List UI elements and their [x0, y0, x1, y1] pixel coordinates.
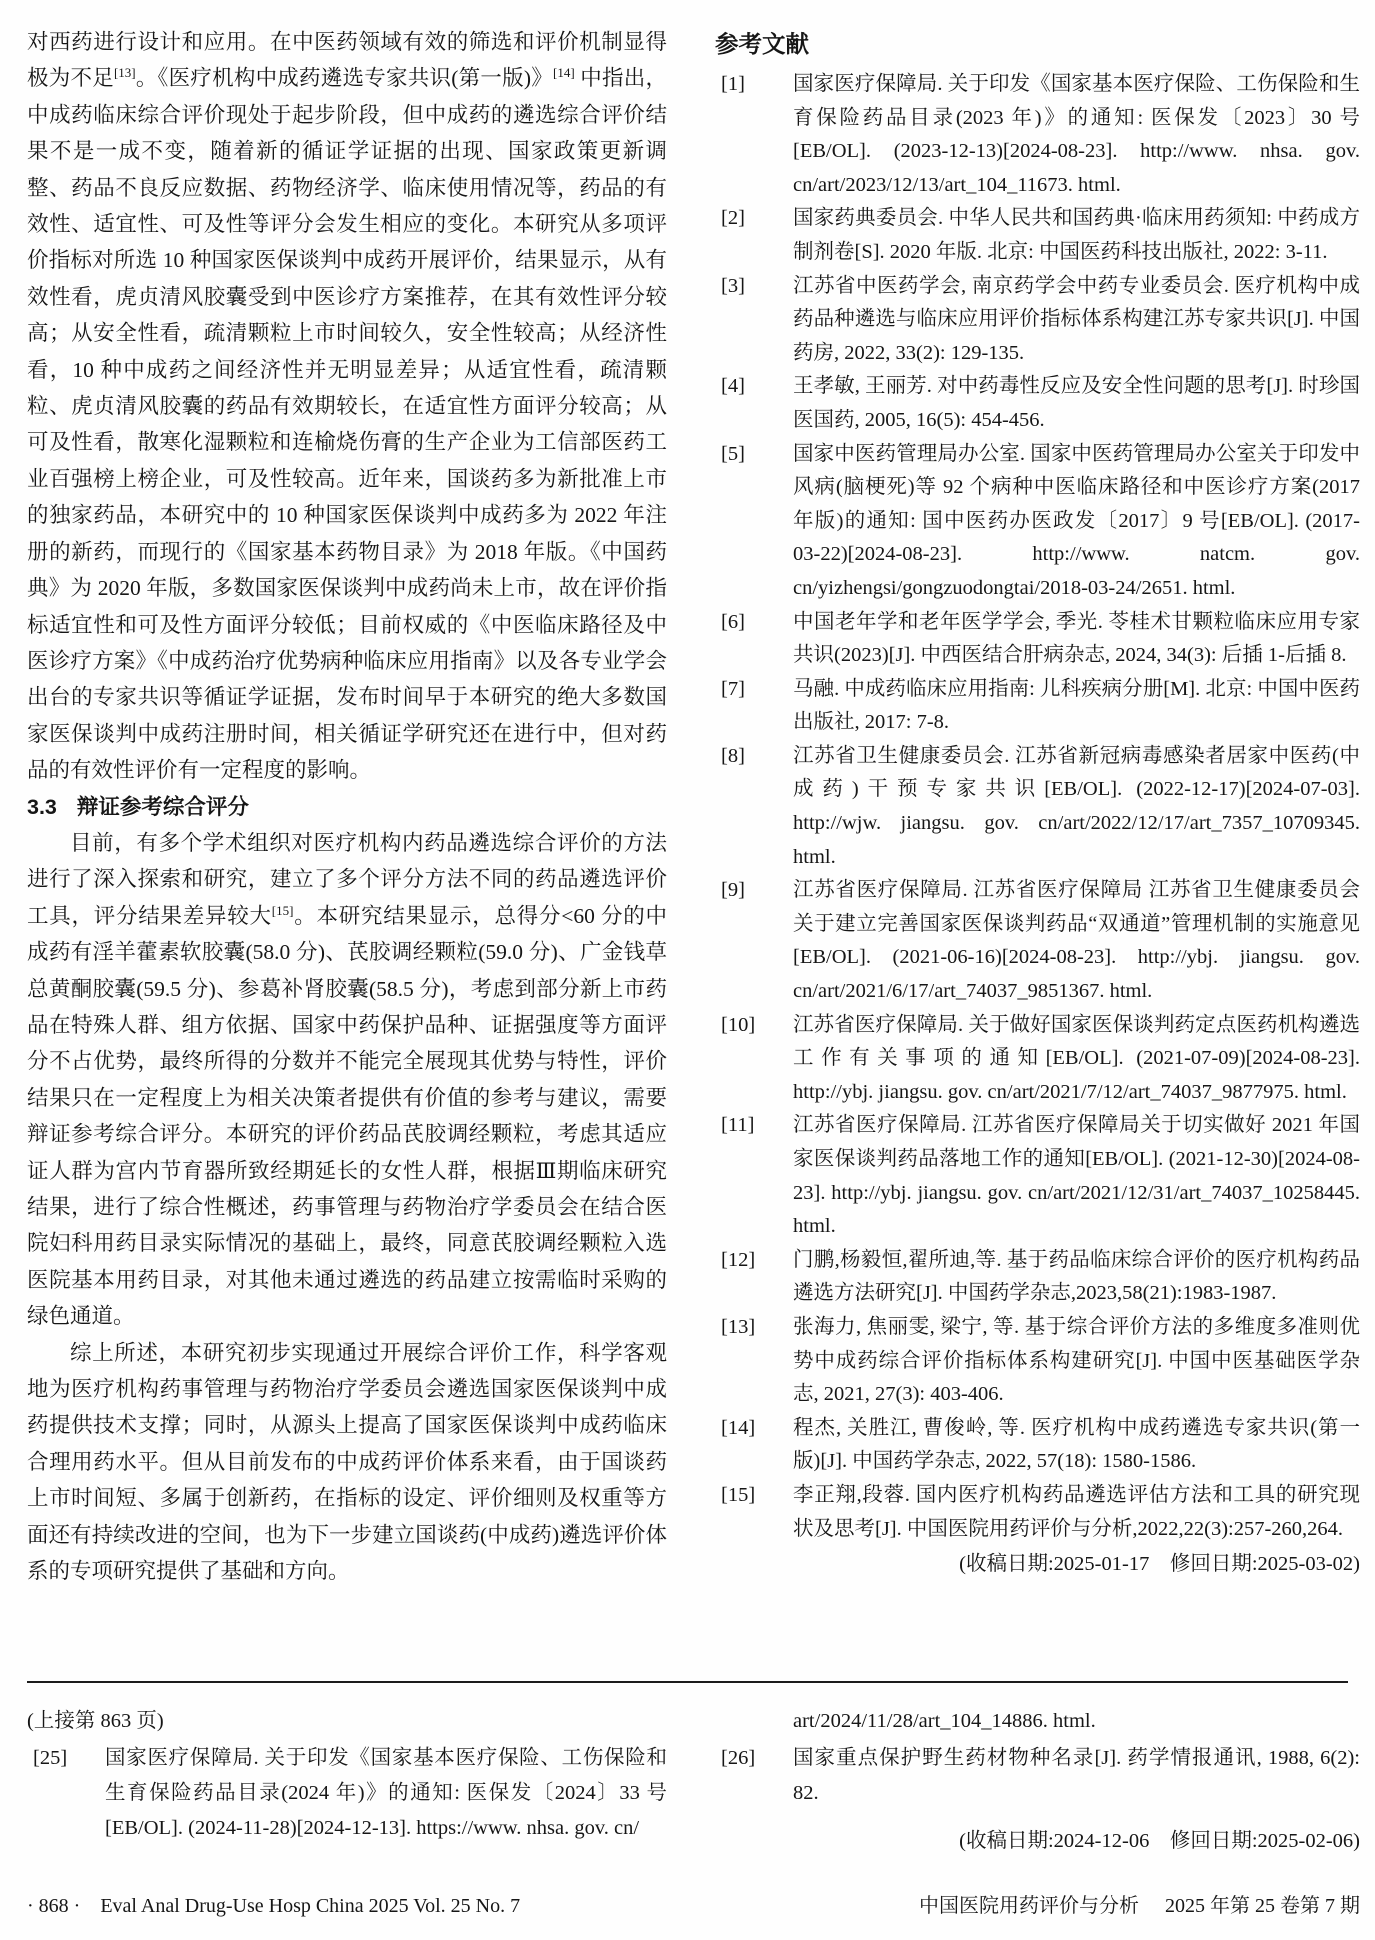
reference-item: [26]国家重点保护野生药材物种名录[J]. 药学情报通讯, 1988, 6(2… — [715, 1741, 1360, 1811]
reference-url-continuation: art/2024/11/28/art_104_14886. html. — [715, 1704, 1360, 1739]
para1-text-b: 。《医疗机构中成药遴选专家共识(第一版)》 — [136, 66, 553, 90]
reference-text: 国家中医药管理局办公室. 国家中医药管理局办公室关于印发中风病(脑梗死)等 92… — [793, 443, 1360, 599]
reference-item: [13]张海力, 焦丽雯, 梁宁, 等. 基于综合评价方法的多维度多准则优势中成… — [715, 1311, 1360, 1412]
footer-right: 中国医院用药评价与分析 2025 年第 25 卷第 7 期 — [919, 1891, 1360, 1921]
paragraph-conclusion: 综上所述，本研究初步实现通过开展综合评价工作，科学客观地为医疗机构药事管理与药物… — [27, 1335, 667, 1590]
reference-text: 马融. 中成药临床应用指南: 儿科疾病分册[M]. 北京: 中国中医药出版社, … — [793, 678, 1360, 734]
paper-page: 对西药进行设计和应用。在中医药领域有效的筛选和评价机制显得极为不足[13]。《医… — [0, 0, 1375, 1940]
reference-text: 国家药典委员会. 中华人民共和国药典·临床用药须知: 中药成方制剂卷[S]. 2… — [793, 207, 1360, 263]
reference-item: [11]江苏省医疗保障局. 江苏省医疗保障局关于切实做好 2021 年国家医保谈… — [715, 1109, 1360, 1243]
citation-sup-15: [15] — [272, 903, 294, 918]
journal-name-chinese: 中国医院用药评价与分析 — [919, 1891, 1139, 1921]
reference-label: [4] — [721, 370, 745, 404]
reference-label: [11] — [721, 1109, 754, 1143]
continued-block-left: (上接第 863 页) [25]国家医疗保障局. 关于印发《国家基本医疗保险、工… — [27, 1704, 667, 1846]
reference-item: [9]江苏省医疗保障局. 江苏省医疗保障局 江苏省卫生健康委员会关于建立完善国家… — [715, 874, 1360, 1008]
reference-label: [25] — [33, 1741, 67, 1776]
reference-item: [7]马融. 中成药临床应用指南: 儿科疾病分册[M]. 北京: 中国中医药出版… — [715, 673, 1360, 740]
reference-item: [10]江苏省医疗保障局. 关于做好国家医保谈判药定点医药机构遴选工作有关事项的… — [715, 1009, 1360, 1110]
journal-name-english: Eval Anal Drug-Use Hosp China 2025 Vol. … — [100, 1891, 520, 1921]
reference-label: [13] — [721, 1311, 755, 1345]
reference-label: [10] — [721, 1009, 755, 1043]
right-column: 参考文献 [1]国家医疗保障局. 关于印发《国家基本医疗保险、工伤保险和生育保险… — [715, 24, 1360, 1582]
reference-item: [2]国家药典委员会. 中华人民共和国药典·临床用药须知: 中药成方制剂卷[S]… — [715, 202, 1360, 269]
reference-text: 江苏省医疗保障局. 江苏省医疗保障局关于切实做好 2021 年国家医保谈判药品落… — [793, 1114, 1360, 1237]
section-number: 3.3 — [27, 795, 57, 819]
reference-item: [6]中国老年学和老年医学学会, 季光. 苓桂术甘颗粒临床应用专家共识(2023… — [715, 606, 1360, 673]
reference-text: 中国老年学和老年医学学会, 季光. 苓桂术甘颗粒临床应用专家共识(2023)[J… — [793, 611, 1360, 667]
reference-item: [12]门鹏,杨毅恒,翟所迪,等. 基于药品临床综合评价的医疗机构药品遴选方法研… — [715, 1244, 1360, 1311]
continued-block-right: art/2024/11/28/art_104_14886. html. [26]… — [715, 1704, 1360, 1859]
section-heading-3-3: 3.3辩证参考综合评分 — [27, 789, 667, 825]
received-revised-dates: (收稿日期:2024-12-06 修回日期:2025-02-06) — [715, 1825, 1360, 1859]
reference-label: [12] — [721, 1244, 755, 1278]
para2-text-b: 。本研究结果显示，总得分<60 分的中成药有淫羊藿素软胶囊(58.0 分)、芪胶… — [27, 904, 667, 1328]
reference-text: 门鹏,杨毅恒,翟所迪,等. 基于药品临床综合评价的医疗机构药品遴选方法研究[J]… — [793, 1249, 1360, 1305]
reference-text: 江苏省医疗保障局. 关于做好国家医保谈判药定点医药机构遴选工作有关事项的通知[E… — [793, 1014, 1360, 1103]
reference-text: 江苏省中医药学会, 南京药学会中药专业委员会. 医疗机构中成药品种遴选与临床应用… — [793, 275, 1360, 364]
page-footer: · 868 · Eval Anal Drug-Use Hosp China 20… — [27, 1891, 1360, 1921]
section-divider-line — [27, 1681, 1348, 1683]
references-heading: 参考文献 — [715, 24, 1360, 64]
reference-item: [14]程杰, 关胜江, 曹俊岭, 等. 医疗机构中成药遴选专家共识(第一版)[… — [715, 1412, 1360, 1479]
citation-sup-13: [13] — [114, 65, 136, 80]
reference-label: [9] — [721, 874, 745, 908]
reference-text: 程杰, 关胜江, 曹俊岭, 等. 医疗机构中成药遴选专家共识(第一版)[J]. … — [793, 1417, 1360, 1473]
reference-text: 国家医疗保障局. 关于印发《国家基本医疗保险、工伤保险和生育保险药品目录(202… — [793, 73, 1360, 196]
reference-label: [2] — [721, 202, 745, 236]
reference-text: 江苏省医疗保障局. 江苏省医疗保障局 江苏省卫生健康委员会关于建立完善国家医保谈… — [793, 879, 1360, 1002]
reference-item: [4]王孝敏, 王丽芳. 对中药毒性反应及安全性问题的思考[J]. 时珍国医国药… — [715, 370, 1360, 437]
reference-label: [3] — [721, 270, 745, 304]
reference-label: [7] — [721, 673, 745, 707]
paragraph-discussion-1: 对西药进行设计和应用。在中医药领域有效的筛选和评价机制显得极为不足[13]。《医… — [27, 24, 667, 789]
reference-text: 江苏省卫生健康委员会. 江苏省新冠病毒感染者居家中医药(中成药)干预专家共识[E… — [793, 745, 1360, 868]
reference-item: [15]李正翔,段蓉. 国内医疗机构药品遴选评估方法和工具的研究现状及思考[J]… — [715, 1479, 1360, 1546]
reference-text: 李正翔,段蓉. 国内医疗机构药品遴选评估方法和工具的研究现状及思考[J]. 中国… — [793, 1484, 1360, 1540]
journal-issue: 2025 年第 25 卷第 7 期 — [1165, 1891, 1360, 1921]
reference-text: 张海力, 焦丽雯, 梁宁, 等. 基于综合评价方法的多维度多准则优势中成药综合评… — [793, 1316, 1360, 1405]
section-title: 辩证参考综合评分 — [77, 795, 249, 819]
reference-label: [1] — [721, 68, 745, 102]
reference-item: [25]国家医疗保障局. 关于印发《国家基本医疗保险、工伤保险和生育保险药品目录… — [27, 1741, 667, 1846]
received-revised-dates: (收稿日期:2025-01-17 修回日期:2025-03-02) — [715, 1548, 1360, 1582]
page-number: · 868 · — [27, 1891, 80, 1921]
reference-label: [15] — [721, 1479, 755, 1513]
para1-text-c: 中指出，中成药临床综合评价现处于起步阶段，但中成药的遴选综合评价结果不是一成不变… — [27, 66, 667, 782]
reference-label: [26] — [721, 1741, 755, 1776]
left-column: 对西药进行设计和应用。在中医药领域有效的筛选和评价机制显得极为不足[13]。《医… — [27, 24, 667, 1589]
paragraph-discussion-2: 目前，有多个学术组织对医疗机构内药品遴选综合评价的方法进行了深入探索和研究，建立… — [27, 825, 667, 1335]
reference-text: 王孝敏, 王丽芳. 对中药毒性反应及安全性问题的思考[J]. 时珍国医国药, 2… — [793, 375, 1360, 431]
reference-item: [1]国家医疗保障局. 关于印发《国家基本医疗保险、工伤保险和生育保险药品目录(… — [715, 68, 1360, 202]
reference-label: [6] — [721, 606, 745, 640]
footer-left: · 868 · Eval Anal Drug-Use Hosp China 20… — [27, 1891, 520, 1921]
continued-from-note: (上接第 863 页) — [27, 1704, 667, 1739]
reference-item: [3]江苏省中医药学会, 南京药学会中药专业委员会. 医疗机构中成药品种遴选与临… — [715, 270, 1360, 371]
reference-label: [14] — [721, 1412, 755, 1446]
reference-item: [5]国家中医药管理局办公室. 国家中医药管理局办公室关于印发中风病(脑梗死)等… — [715, 438, 1360, 606]
reference-item: [8]江苏省卫生健康委员会. 江苏省新冠病毒感染者居家中医药(中成药)干预专家共… — [715, 740, 1360, 874]
reference-label: [5] — [721, 438, 745, 472]
reference-label: [8] — [721, 740, 745, 774]
reference-text: 国家重点保护野生药材物种名录[J]. 药学情报通讯, 1988, 6(2): 8… — [793, 1747, 1360, 1804]
citation-sup-14: [14] — [553, 65, 575, 80]
reference-text: 国家医疗保障局. 关于印发《国家基本医疗保险、工伤保险和生育保险药品目录(202… — [105, 1747, 667, 1839]
